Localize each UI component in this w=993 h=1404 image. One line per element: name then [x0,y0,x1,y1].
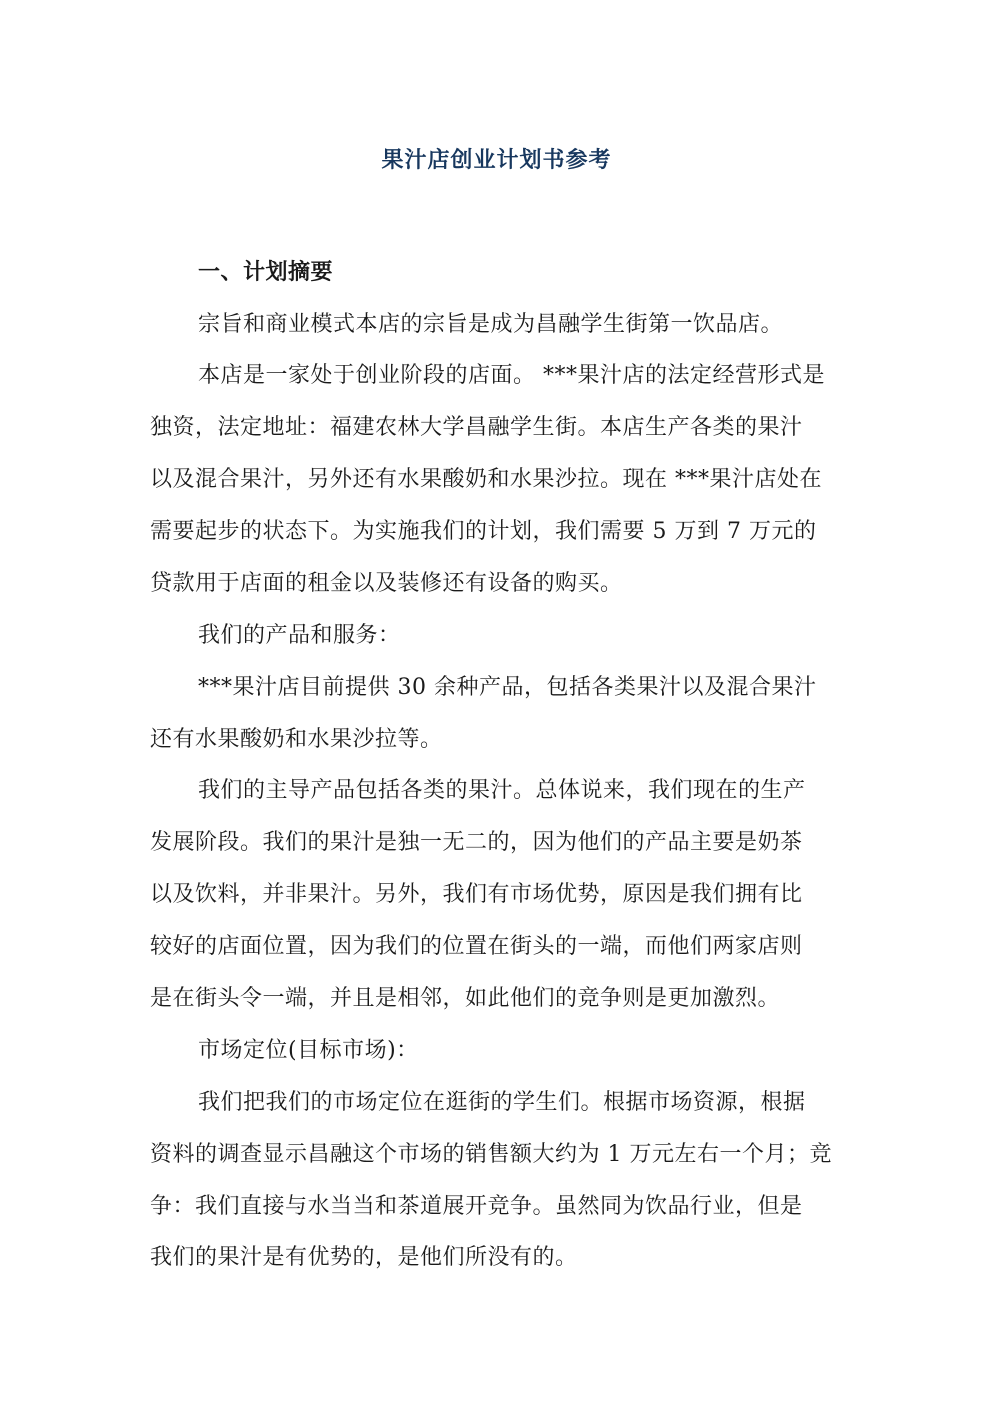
paragraph-line: 争：我们直接与水当当和茶道展开竞争。虽然同为饮品行业，但是 [150,1189,803,1220]
paragraph-line: 本店是一家处于创业阶段的店面。 ***果汁店的法定经营形式是 [198,358,825,389]
document-title: 果汁店创业计划书参考 [0,143,993,174]
paragraph-line: 较好的店面位置，因为我们的位置在街头的一端，而他们两家店则 [150,929,803,960]
paragraph-line: 市场定位(目标市场)： [198,1033,419,1064]
paragraph-line: 以及饮料，并非果汁。另外，我们有市场优势，原因是我们拥有比 [150,877,803,908]
paragraph-line: ***果汁店目前提供 30 余种产品，包括各类果汁以及混合果汁 [198,670,816,701]
paragraph-line: 我们的主导产品包括各类的果汁。总体说来，我们现在的生产 [198,773,806,804]
paragraph-line: 以及混合果汁，另外还有水果酸奶和水果沙拉。现在 ***果汁店处在 [150,462,822,493]
paragraph-line: 发展阶段。我们的果汁是独一无二的，因为他们的产品主要是奶茶 [150,825,803,856]
paragraph-line: 独资，法定地址：福建农林大学昌融学生街。本店生产各类的果汁 [150,410,803,441]
paragraph-line: 贷款用于店面的租金以及装修还有设备的购买。 [150,566,623,597]
document-page: 果汁店创业计划书参考 一、计划摘要 宗旨和商业模式本店的宗旨是成为昌融学生街第一… [0,0,993,1404]
paragraph-line: 我们的果汁是有优势的，是他们所没有的。 [150,1240,578,1271]
paragraph-line: 是在街头令一端，并且是相邻，如此他们的竞争则是更加激烈。 [150,981,780,1012]
paragraph-line: 需要起步的状态下。为实施我们的计划，我们需要 5 万到 7 万元的 [150,514,816,545]
section-heading: 一、计划摘要 [198,255,333,286]
paragraph-line: 我们的产品和服务： [198,618,401,649]
paragraph-line: 资料的调查显示昌融这个市场的销售额大约为 1 万元左右一个月；竞 [150,1137,832,1168]
paragraph-line: 我们把我们的市场定位在逛街的学生们。根据市场资源，根据 [198,1085,806,1116]
paragraph-line: 宗旨和商业模式本店的宗旨是成为昌融学生街第一饮品店。 [198,307,783,338]
paragraph-line: 还有水果酸奶和水果沙拉等。 [150,722,443,753]
